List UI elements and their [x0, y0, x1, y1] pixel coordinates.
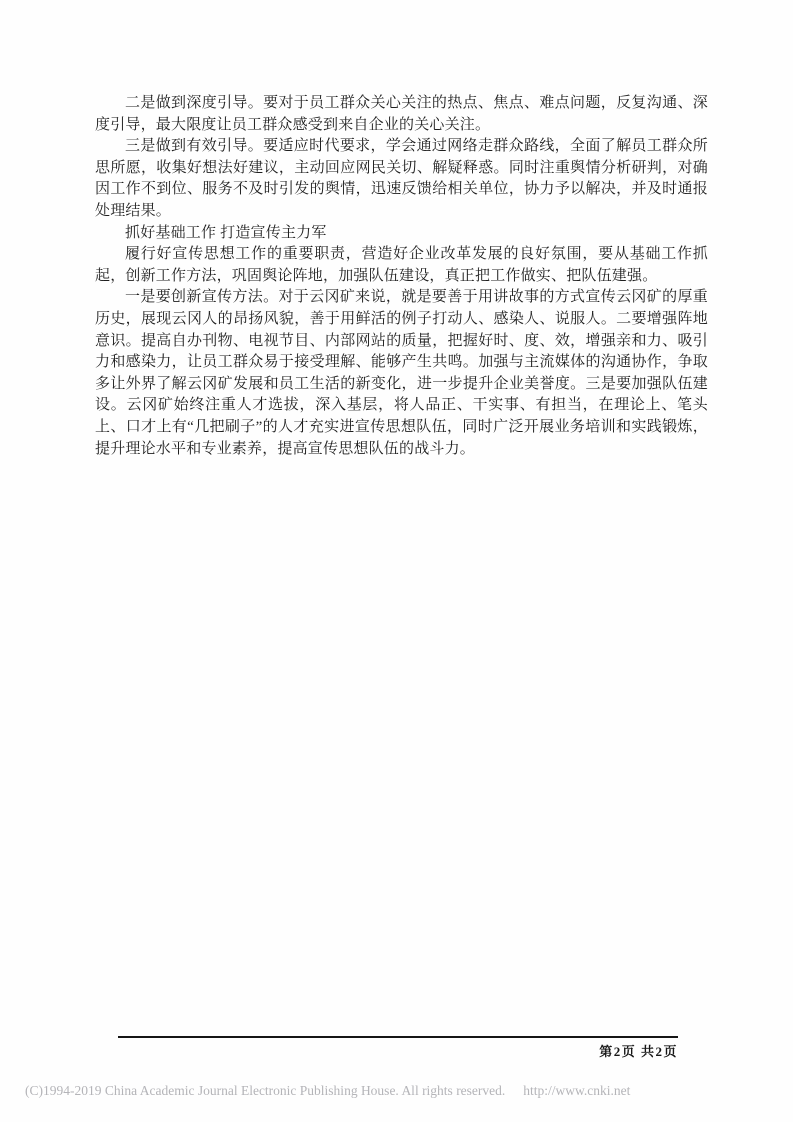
paragraph-foundation-work: 履行好宣传思想工作的重要职责，营造好企业改革发展的良好氛围，要从基础工作抓起，创…: [95, 244, 708, 287]
document-page: 二是做到深度引导。要对于员工群众关心关注的热点、焦点、难点问题，反复沟通、深度引…: [0, 0, 793, 1122]
footer-divider: [118, 1036, 678, 1038]
paragraph-guidance-depth: 二是做到深度引导。要对于员工群众关心关注的热点、焦点、难点问题，反复沟通、深度引…: [95, 93, 708, 136]
pdf-page-view: { "document": { "paragraphs": [ { "text"…: [0, 0, 793, 1122]
cnki-url-link[interactable]: http://www.cnki.net: [523, 1083, 630, 1098]
paragraph-guidance-effective: 三是做到有效引导。要适应时代要求，学会通过网络走群众路线，全面了解员工群众所思所…: [95, 136, 708, 222]
page-number-indicator: 第2页 共2页: [118, 1041, 678, 1060]
document-body: 二是做到深度引导。要对于员工群众关心关注的热点、焦点、难点问题，反复沟通、深度引…: [95, 93, 708, 460]
section-heading: 抓好基础工作 打造宣传主力军: [95, 223, 708, 245]
copyright-text: (C)1994-2019 China Academic Journal Elec…: [25, 1083, 505, 1098]
copyright-line: (C)1994-2019 China Academic Journal Elec…: [25, 1083, 630, 1099]
paragraph-methods-and-team: 一是要创新宣传方法。对于云冈矿来说，就是要善于用讲故事的方式宣传云冈矿的厚重历史…: [95, 287, 708, 460]
